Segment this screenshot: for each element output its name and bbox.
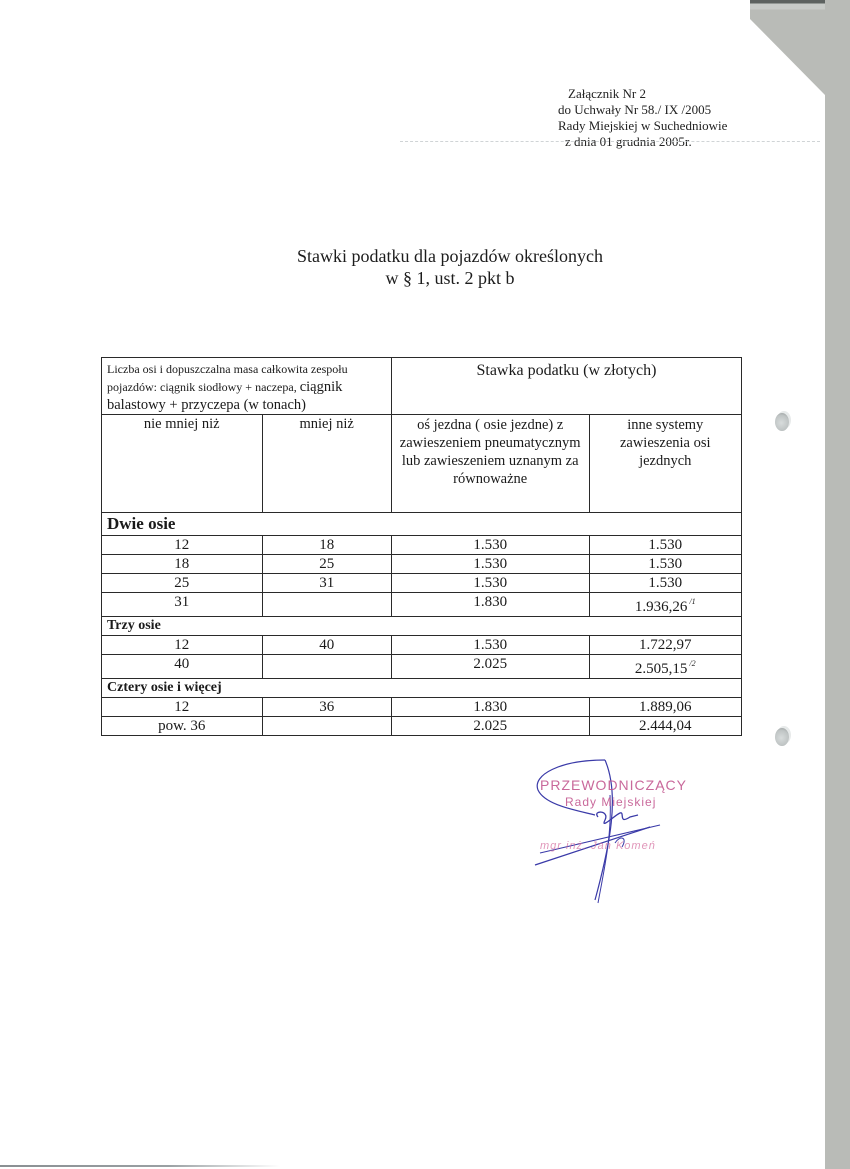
cell-max <box>262 717 391 736</box>
table-subheader-row: nie mniej niż mniej niż oś jezdna ( osie… <box>102 415 742 513</box>
cell-pneumatic: 1.530 <box>391 555 589 574</box>
group-row: Trzy osie <box>102 617 742 636</box>
group-row: Cztery osie i więcej <box>102 679 742 698</box>
cell-min: 12 <box>102 536 263 555</box>
cell-min: pow. 36 <box>102 717 263 736</box>
cell-pneumatic: 2.025 <box>391 717 589 736</box>
cell-value: 36 <box>319 699 334 715</box>
cell-value: 18 <box>319 537 334 553</box>
cell-pneumatic: 1.830 <box>391 593 589 617</box>
cell-value: 1.530 <box>473 637 507 653</box>
cell-value: 1.530 <box>473 575 507 591</box>
tax-rates-table: Liczba osi i dopuszczalna masa całkowita… <box>101 357 742 736</box>
stamp-name: mgr inż. Jan Komeń <box>540 840 656 852</box>
table-row: 311.8301.936,26/1 <box>102 593 742 617</box>
cell-min: 31 <box>102 593 263 617</box>
cell-value: 1.936,26 <box>635 599 688 615</box>
cell-min: 40 <box>102 655 263 679</box>
header-text: ciągnik <box>300 379 343 395</box>
subheader-max: mniej niż <box>262 415 391 513</box>
footnote-marker: /1 <box>689 597 695 606</box>
cell-value: 31 <box>174 594 189 610</box>
group-label: Dwie osie <box>102 513 742 536</box>
header-axles-mass: Liczba osi i dopuszczalna masa całkowita… <box>102 358 392 415</box>
signature-stamp: PRZEWODNICZĄCY Rady Miejskiej mgr inż. J… <box>520 755 720 905</box>
cell-value: 1.530 <box>473 537 507 553</box>
cell-value: 40 <box>319 637 334 653</box>
cell-max: 31 <box>262 574 391 593</box>
cell-other: 1.530 <box>589 574 742 593</box>
cell-pneumatic: 1.830 <box>391 698 589 717</box>
table-row: 18251.5301.530 <box>102 555 742 574</box>
group-label: Cztery osie i więcej <box>102 679 742 698</box>
cell-other: 2.444,04 <box>589 717 742 736</box>
cell-value: 1.830 <box>473 699 507 715</box>
table-row: 12401.5301.722,97 <box>102 636 742 655</box>
title-line: Stawki podatku dla pojazdów określonych <box>200 245 700 267</box>
cell-value: 18 <box>174 556 189 572</box>
group-label: Trzy osie <box>102 617 742 636</box>
cell-value: 25 <box>174 575 189 591</box>
header-tax-rate: Stawka podatku (w złotych) <box>391 358 741 415</box>
cell-pneumatic: 2.025 <box>391 655 589 679</box>
cell-value: 31 <box>319 575 334 591</box>
cell-other: 2.505,15/2 <box>589 655 742 679</box>
cell-min: 25 <box>102 574 263 593</box>
cell-value: 2.025 <box>473 718 507 734</box>
document-title: Stawki podatku dla pojazdów określonych … <box>200 245 700 289</box>
annex-line: Rady Miejskiej w Suchedniowie <box>558 118 727 134</box>
cell-min: 12 <box>102 698 263 717</box>
cell-value: 1.530 <box>648 556 682 572</box>
stamp-title: PRZEWODNICZĄCY <box>540 777 687 793</box>
table-row: 12181.5301.530 <box>102 536 742 555</box>
cell-value: 2.505,15 <box>635 661 688 677</box>
cell-value: pow. 36 <box>158 718 205 734</box>
scan-right-edge <box>825 0 850 1169</box>
cell-min: 12 <box>102 636 263 655</box>
cell-max: 36 <box>262 698 391 717</box>
cell-other: 1.530 <box>589 555 742 574</box>
cell-value: 1.889,06 <box>639 699 692 715</box>
group-row: Dwie osie <box>102 513 742 536</box>
cell-other: 1.936,26/1 <box>589 593 742 617</box>
cell-value: 1.530 <box>648 575 682 591</box>
annex-line: Załącznik Nr 2 <box>558 86 727 102</box>
cell-pneumatic: 1.530 <box>391 574 589 593</box>
cell-value: 2.444,04 <box>639 718 692 734</box>
cell-value: 25 <box>319 556 334 572</box>
table-header-row: Liczba osi i dopuszczalna masa całkowita… <box>102 358 742 415</box>
cell-value: 1.830 <box>473 594 507 610</box>
subheader-min: nie mniej niż <box>102 415 263 513</box>
cell-other: 1.889,06 <box>589 698 742 717</box>
cell-value: 40 <box>174 656 189 672</box>
subheader-other: inne systemy zawieszenia osi jezdnych <box>589 415 742 513</box>
cell-pneumatic: 1.530 <box>391 536 589 555</box>
cell-other: 1.530 <box>589 536 742 555</box>
cell-other: 1.722,97 <box>589 636 742 655</box>
divider <box>400 141 820 142</box>
cell-max <box>262 593 391 617</box>
table-row: pow. 362.0252.444,04 <box>102 717 742 736</box>
cell-pneumatic: 1.530 <box>391 636 589 655</box>
punch-hole-icon <box>775 413 789 431</box>
table-row: 25311.5301.530 <box>102 574 742 593</box>
header-text: balastowy + przyczepa (w tonach) <box>107 397 306 413</box>
cell-value: 12 <box>174 537 189 553</box>
cell-max <box>262 655 391 679</box>
cell-min: 18 <box>102 555 263 574</box>
table-row: 402.0252.505,15/2 <box>102 655 742 679</box>
subheader-pneumatic: oś jezdna ( osie jezdne) z zawieszeniem … <box>391 415 589 513</box>
stamp-council: Rady Miejskiej <box>565 795 656 809</box>
cell-value: 12 <box>174 637 189 653</box>
footnote-marker: /2 <box>689 659 695 668</box>
table-row: 12361.8301.889,06 <box>102 698 742 717</box>
cell-value: 1.530 <box>473 556 507 572</box>
title-line: w § 1, ust. 2 pkt b <box>200 267 700 289</box>
cell-max: 18 <box>262 536 391 555</box>
punch-hole-icon <box>775 728 789 746</box>
annex-line: z dnia 01 grudnia 2005r. <box>558 134 727 150</box>
scan-bottom-edge <box>0 1165 280 1167</box>
cell-value: 12 <box>174 699 189 715</box>
cell-value: 1.530 <box>648 537 682 553</box>
cell-max: 40 <box>262 636 391 655</box>
cell-value: 1.722,97 <box>639 637 692 653</box>
cell-max: 25 <box>262 555 391 574</box>
annex-line: do Uchwały Nr 58./ IX /2005 <box>558 102 727 118</box>
cell-value: 2.025 <box>473 656 507 672</box>
